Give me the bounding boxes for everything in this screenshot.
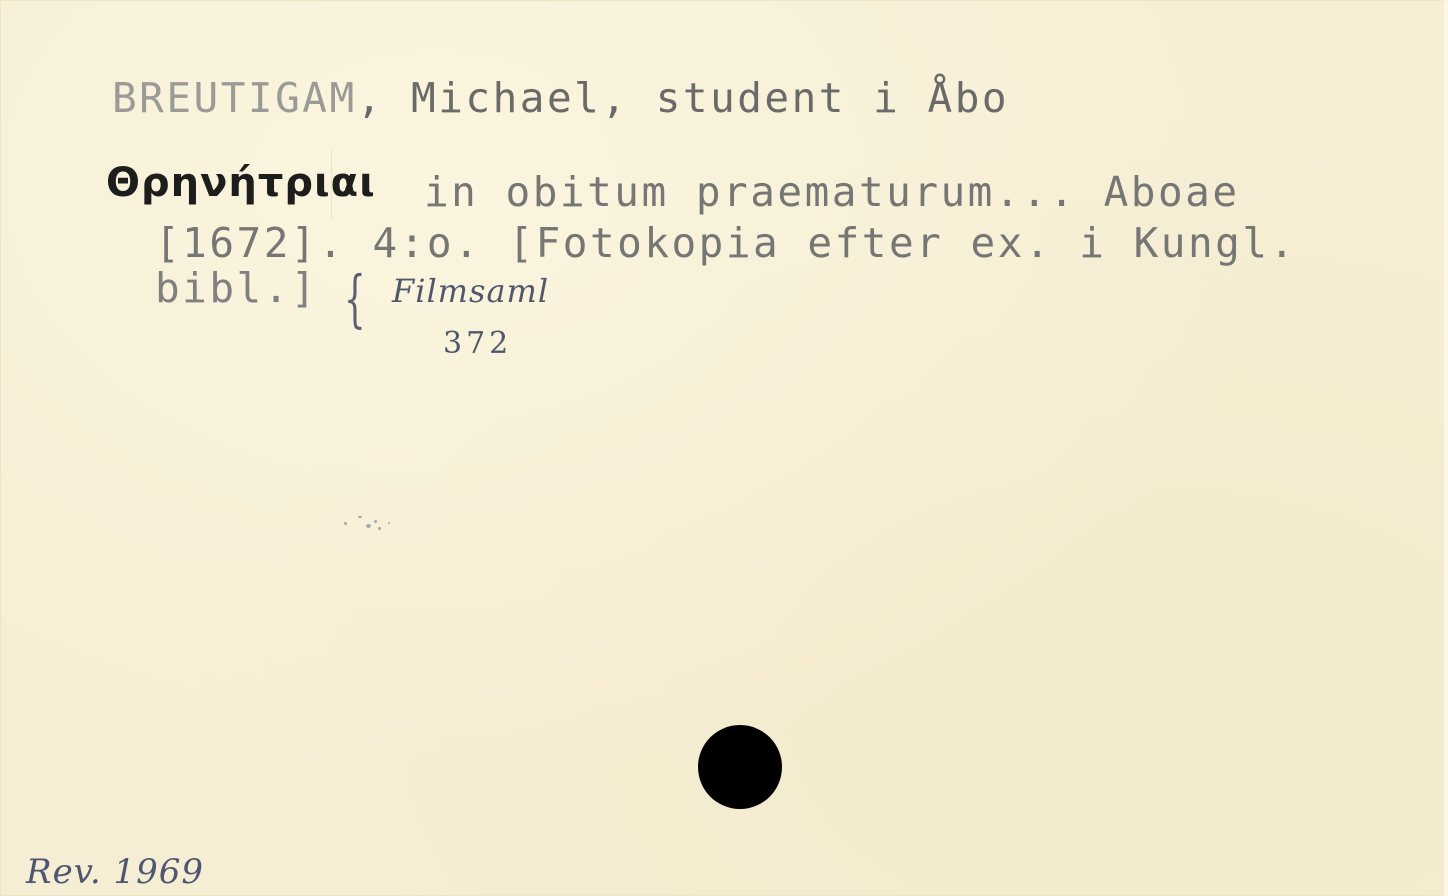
catalog-card: BREUTIGAM, Michael, student i Åbo Θρηνήτ… [0, 0, 1448, 896]
handwritten-shelf-number: 372 [443, 326, 512, 361]
author-heading: BREUTIGAM, Michael, student i Åbo [112, 78, 1009, 119]
punch-hole [698, 725, 782, 809]
description-line-3: bibl.] [155, 268, 318, 309]
handwritten-collection-label: Filmsaml [392, 272, 549, 310]
handwritten-brace: { [344, 262, 366, 335]
handwritten-revision-note: Rev. 1969 [26, 852, 204, 892]
author-details: , Michael, student i Åbo [357, 74, 1009, 122]
ink-smudge [342, 512, 402, 530]
author-surname: BREUTIGAM [112, 74, 357, 122]
description-line-2: [1672]. 4:o. [Fotokopia efter ex. i Kung… [155, 223, 1297, 264]
description-line-1: in obitum praematurum... Aboae [424, 172, 1240, 213]
handwritten-greek-title: Θρηνήτριαι [106, 160, 376, 206]
paper-crease [331, 150, 332, 220]
